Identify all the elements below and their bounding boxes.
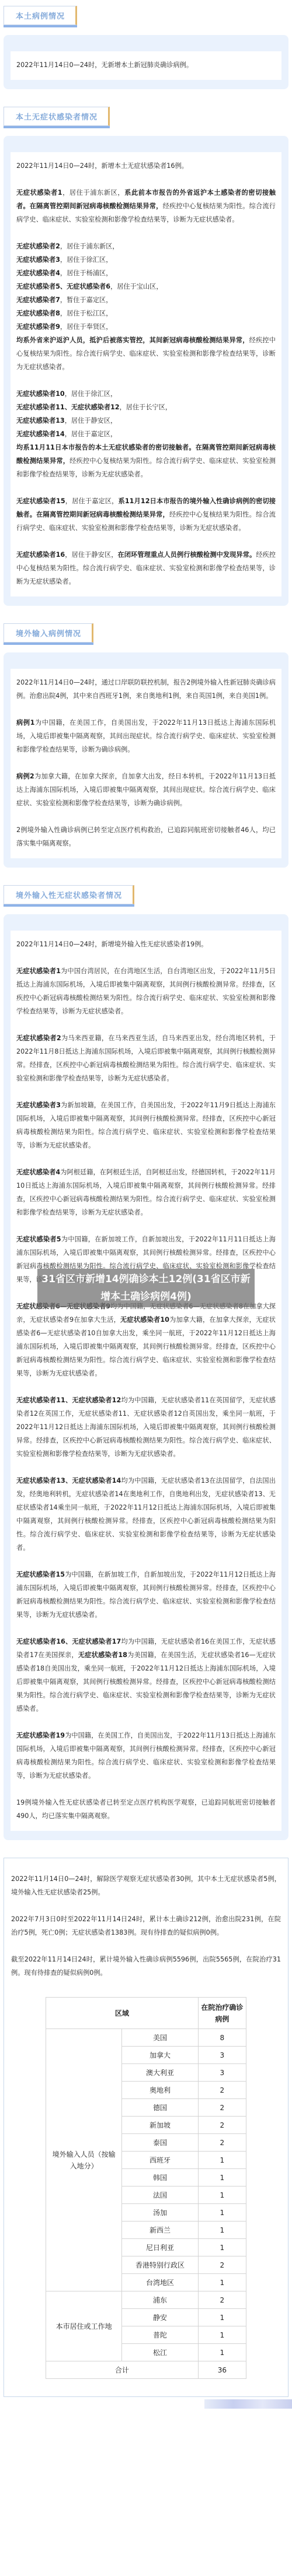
panel-imported-cases: 2022年11月14日0—24时，通过口岸联防联控机制，报告2例境外输入性新冠肺… bbox=[4, 652, 288, 868]
count-cell: 1 bbox=[198, 2221, 246, 2239]
area-cell: 德国 bbox=[122, 2099, 198, 2117]
count-cell: 3 bbox=[198, 2064, 246, 2082]
count-cell: 1 bbox=[198, 2309, 246, 2326]
panel-local-cases: 2022年11月14日0—24时，无新增本土新冠肺炎确诊病例。 bbox=[4, 35, 288, 89]
section-tag-local-cases: 本土病例情况 bbox=[4, 6, 77, 25]
summary-paragraph: 截至2022年11月14日24时，累计境外输入性确诊病例5596例，出院5565… bbox=[11, 1953, 281, 1980]
corner-artifact bbox=[204, 2399, 292, 2409]
table-header-row: 区域 在院治疗确诊病例 bbox=[46, 1998, 246, 2029]
group-label: 境外输入人员（按输入地分） bbox=[46, 2029, 122, 2291]
area-cell: 泰国 bbox=[122, 2134, 198, 2152]
headline-overlay-banner: 31省区市新增14例确诊本土12例(31省区市新增本土确诊病例4例) bbox=[37, 1269, 255, 1307]
paragraph-case-16: 无症状感染者16，居住于静安区，在闭环管理重点人员例行核酸检测中发现异常。经疾控… bbox=[16, 548, 276, 588]
count-cell: 2 bbox=[198, 2256, 246, 2274]
area-cell: 汤加 bbox=[122, 2204, 198, 2221]
count-cell: 2 bbox=[198, 2134, 246, 2152]
paragraph-group-a: 无症状感染者2，居住于浦东新区， 无症状感染者3，居住于徐汇区， 无症状感染者4… bbox=[16, 240, 276, 374]
count-cell: 1 bbox=[198, 2152, 246, 2169]
area-cell: 奥地利 bbox=[122, 2082, 198, 2099]
area-cell: 法国 bbox=[122, 2187, 198, 2204]
area-cell: 新加坡 bbox=[122, 2117, 198, 2134]
count-cell: 1 bbox=[198, 2187, 246, 2204]
area-cell: 松江 bbox=[122, 2344, 198, 2361]
paragraph-item: 无症状感染者16、无症状感染者17均为中国籍，无症状感染者16在美国工作，无症状… bbox=[16, 1635, 276, 1715]
section-tag-imported-asymptomatic: 境外输入性无症状感染者情况 bbox=[4, 885, 134, 904]
paragraph-item: 无症状感染者13、无症状感染者14均为中国籍，无症状感染者13在法国留学，自法国… bbox=[16, 1474, 276, 1554]
paragraph-item: 无症状感染者3为新加坡籍，在美国工作，自美国出发，于2022年11月9日抵达上海… bbox=[16, 1099, 276, 1152]
paragraph-closing: 19例境外输入性无症状感染者已转至定点医疗机构医学观察，已追踪同航班密切接触者4… bbox=[16, 1796, 276, 1823]
paragraph-item: 无症状感染者11、无症状感染者12均为中国籍，无症状感染者11在英国留学，无症状… bbox=[16, 1394, 276, 1461]
total-count: 36 bbox=[198, 2361, 246, 2379]
count-cell: 1 bbox=[198, 2239, 246, 2256]
total-label: 合计 bbox=[46, 2361, 199, 2379]
count-cell: 1 bbox=[198, 2326, 246, 2344]
area-cell: 浦东 bbox=[122, 2291, 198, 2309]
area-cell: 加拿大 bbox=[122, 2047, 198, 2064]
paragraph-intro: 2022年11月14日0—24时，新增境外输入性无症状感染者19例。 bbox=[16, 938, 276, 951]
area-cell: 静安 bbox=[122, 2309, 198, 2326]
count-cell: 1 bbox=[198, 2274, 246, 2291]
count-cell: 2 bbox=[198, 2082, 246, 2099]
table-row: 境外输入人员（按输入地分）美国8 bbox=[46, 2029, 246, 2047]
area-cell: 尼日利亚 bbox=[122, 2239, 198, 2256]
area-cell: 新西兰 bbox=[122, 2221, 198, 2239]
area-cell: 澳大利亚 bbox=[122, 2064, 198, 2082]
table-row: 本市居住或工作地浦东2 bbox=[46, 2291, 246, 2309]
paragraph-item: 无症状感染者2为马来西亚籍，在马来西亚生活，自马来西亚出发，经台湾地区转机，于2… bbox=[16, 1031, 276, 1085]
section-local-cases: 本土病例情况 2022年11月14日0—24时，无新增本土新冠肺炎确诊病例。 bbox=[0, 6, 292, 89]
paragraph-item: 无症状感染者15为中国籍，在新加坡工作，自新加坡出发，于2022年11月12日抵… bbox=[16, 1568, 276, 1622]
paragraph-item: 无症状感染者1为中国台湾居民，在台湾地区生活，自台湾地区出发，于2022年11月… bbox=[16, 964, 276, 1018]
paragraph: 2022年11月14日0—24时，无新增本土新冠肺炎确诊病例。 bbox=[16, 58, 276, 72]
header-region: 区域 bbox=[46, 1998, 199, 2029]
area-cell: 香港特别行政区 bbox=[122, 2256, 198, 2274]
paragraph-case-15: 无症状感染者15，居住于嘉定区，系11月12日本市报告的境外输入性确诊病例的密切… bbox=[16, 494, 276, 535]
count-cell: 8 bbox=[198, 2029, 246, 2047]
section-tag-local-asymptomatic: 本土无症状感染者情况 bbox=[4, 107, 110, 126]
summary-box: 2022年11月14日0—24时，解除医学观察无症状感染者30例，其中本土无症状… bbox=[4, 1858, 288, 2397]
summary-paragraph: 2022年7月3日0时至2022年11月14日24时，累计本土确诊212例，治愈… bbox=[11, 1912, 281, 1939]
area-cell: 台湾地区 bbox=[122, 2274, 198, 2291]
table-total-row: 合计 36 bbox=[46, 2361, 246, 2379]
section-imported-cases: 境外输入病例情况 2022年11月14日0—24时，通过口岸联防联控机制，报告2… bbox=[0, 623, 292, 868]
hospitalized-cases-table: 区域 在院治疗确诊病例 境外输入人员（按输入地分）美国8加拿大3澳大利亚3奥地利… bbox=[46, 1997, 246, 2379]
area-cell: 美国 bbox=[122, 2029, 198, 2047]
count-cell: 2 bbox=[198, 2291, 246, 2309]
panel-imported-asymptomatic: 2022年11月14日0—24时，新增境外输入性无症状感染者19例。 无症状感染… bbox=[4, 914, 288, 1840]
paragraph-item: 无症状感染者6—无症状感染者9均为中国籍，无症状感染者6—无症状感染者8在加拿大… bbox=[16, 1300, 276, 1380]
paragraph-case-1: 病例1为中国籍，在美国工作，自美国出发，于2022年11月13日抵达上海浦东国际… bbox=[16, 716, 276, 756]
group-label: 本市居住或工作地 bbox=[46, 2291, 122, 2361]
paragraph-closing: 2例境外输入性确诊病例已转至定点医疗机构救治，已追踪同航班密切接触者46人，均已… bbox=[16, 823, 276, 850]
paragraph-case-1: 无症状感染者1，居住于浦东新区，系此前本市报告的外省返沪本土感染者的密切接触者。… bbox=[16, 186, 276, 226]
area-cell: 西班牙 bbox=[122, 2152, 198, 2169]
area-cell: 韩国 bbox=[122, 2169, 198, 2187]
count-cell: 1 bbox=[198, 2169, 246, 2187]
section-imported-asymptomatic: 境外输入性无症状感染者情况 2022年11月14日0—24时，新增境外输入性无症… bbox=[0, 885, 292, 1840]
paragraph-item: 无症状感染者4为阿根廷籍，在阿根廷生活，自阿根廷出发，经德国转机，于2022年1… bbox=[16, 1166, 276, 1219]
count-cell: 2 bbox=[198, 2117, 246, 2134]
paragraph-case-2: 病例2为加拿大籍，在加拿大探亲，自加拿大出发，经日本转机，于2022年11月13… bbox=[16, 770, 276, 810]
paragraph-item: 无症状感染者19为中国籍，在美国工作，自美国出发，于2022年11月13日抵达上… bbox=[16, 1729, 276, 1782]
header-count: 在院治疗确诊病例 bbox=[198, 1998, 246, 2029]
area-cell: 普陀 bbox=[122, 2326, 198, 2344]
panel-local-asymptomatic: 2022年11月14日0—24时，新增本土无症状感染者16例。 无症状感染者1，… bbox=[4, 136, 288, 606]
paragraph-group-b: 无症状感染者10，居住于徐汇区， 无症状感染者11、无症状感染者12，居住于长宁… bbox=[16, 387, 276, 481]
count-cell: 1 bbox=[198, 2204, 246, 2221]
paragraph-intro: 2022年11月14日0—24时，新增本土无症状感染者16例。 bbox=[16, 159, 276, 173]
paragraph-intro: 2022年11月14日0—24时，通过口岸联防联控机制，报告2例境外输入性新冠肺… bbox=[16, 676, 276, 703]
summary-paragraph: 2022年11月14日0—24时，解除医学观察无症状感染者30例，其中本土无症状… bbox=[11, 1872, 281, 1899]
count-cell: 1 bbox=[198, 2344, 246, 2361]
count-cell: 3 bbox=[198, 2047, 246, 2064]
section-tag-imported-cases: 境外输入病例情况 bbox=[4, 623, 93, 643]
count-cell: 2 bbox=[198, 2099, 246, 2117]
section-local-asymptomatic: 本土无症状感染者情况 2022年11月14日0—24时，新增本土无症状感染者16… bbox=[0, 107, 292, 606]
